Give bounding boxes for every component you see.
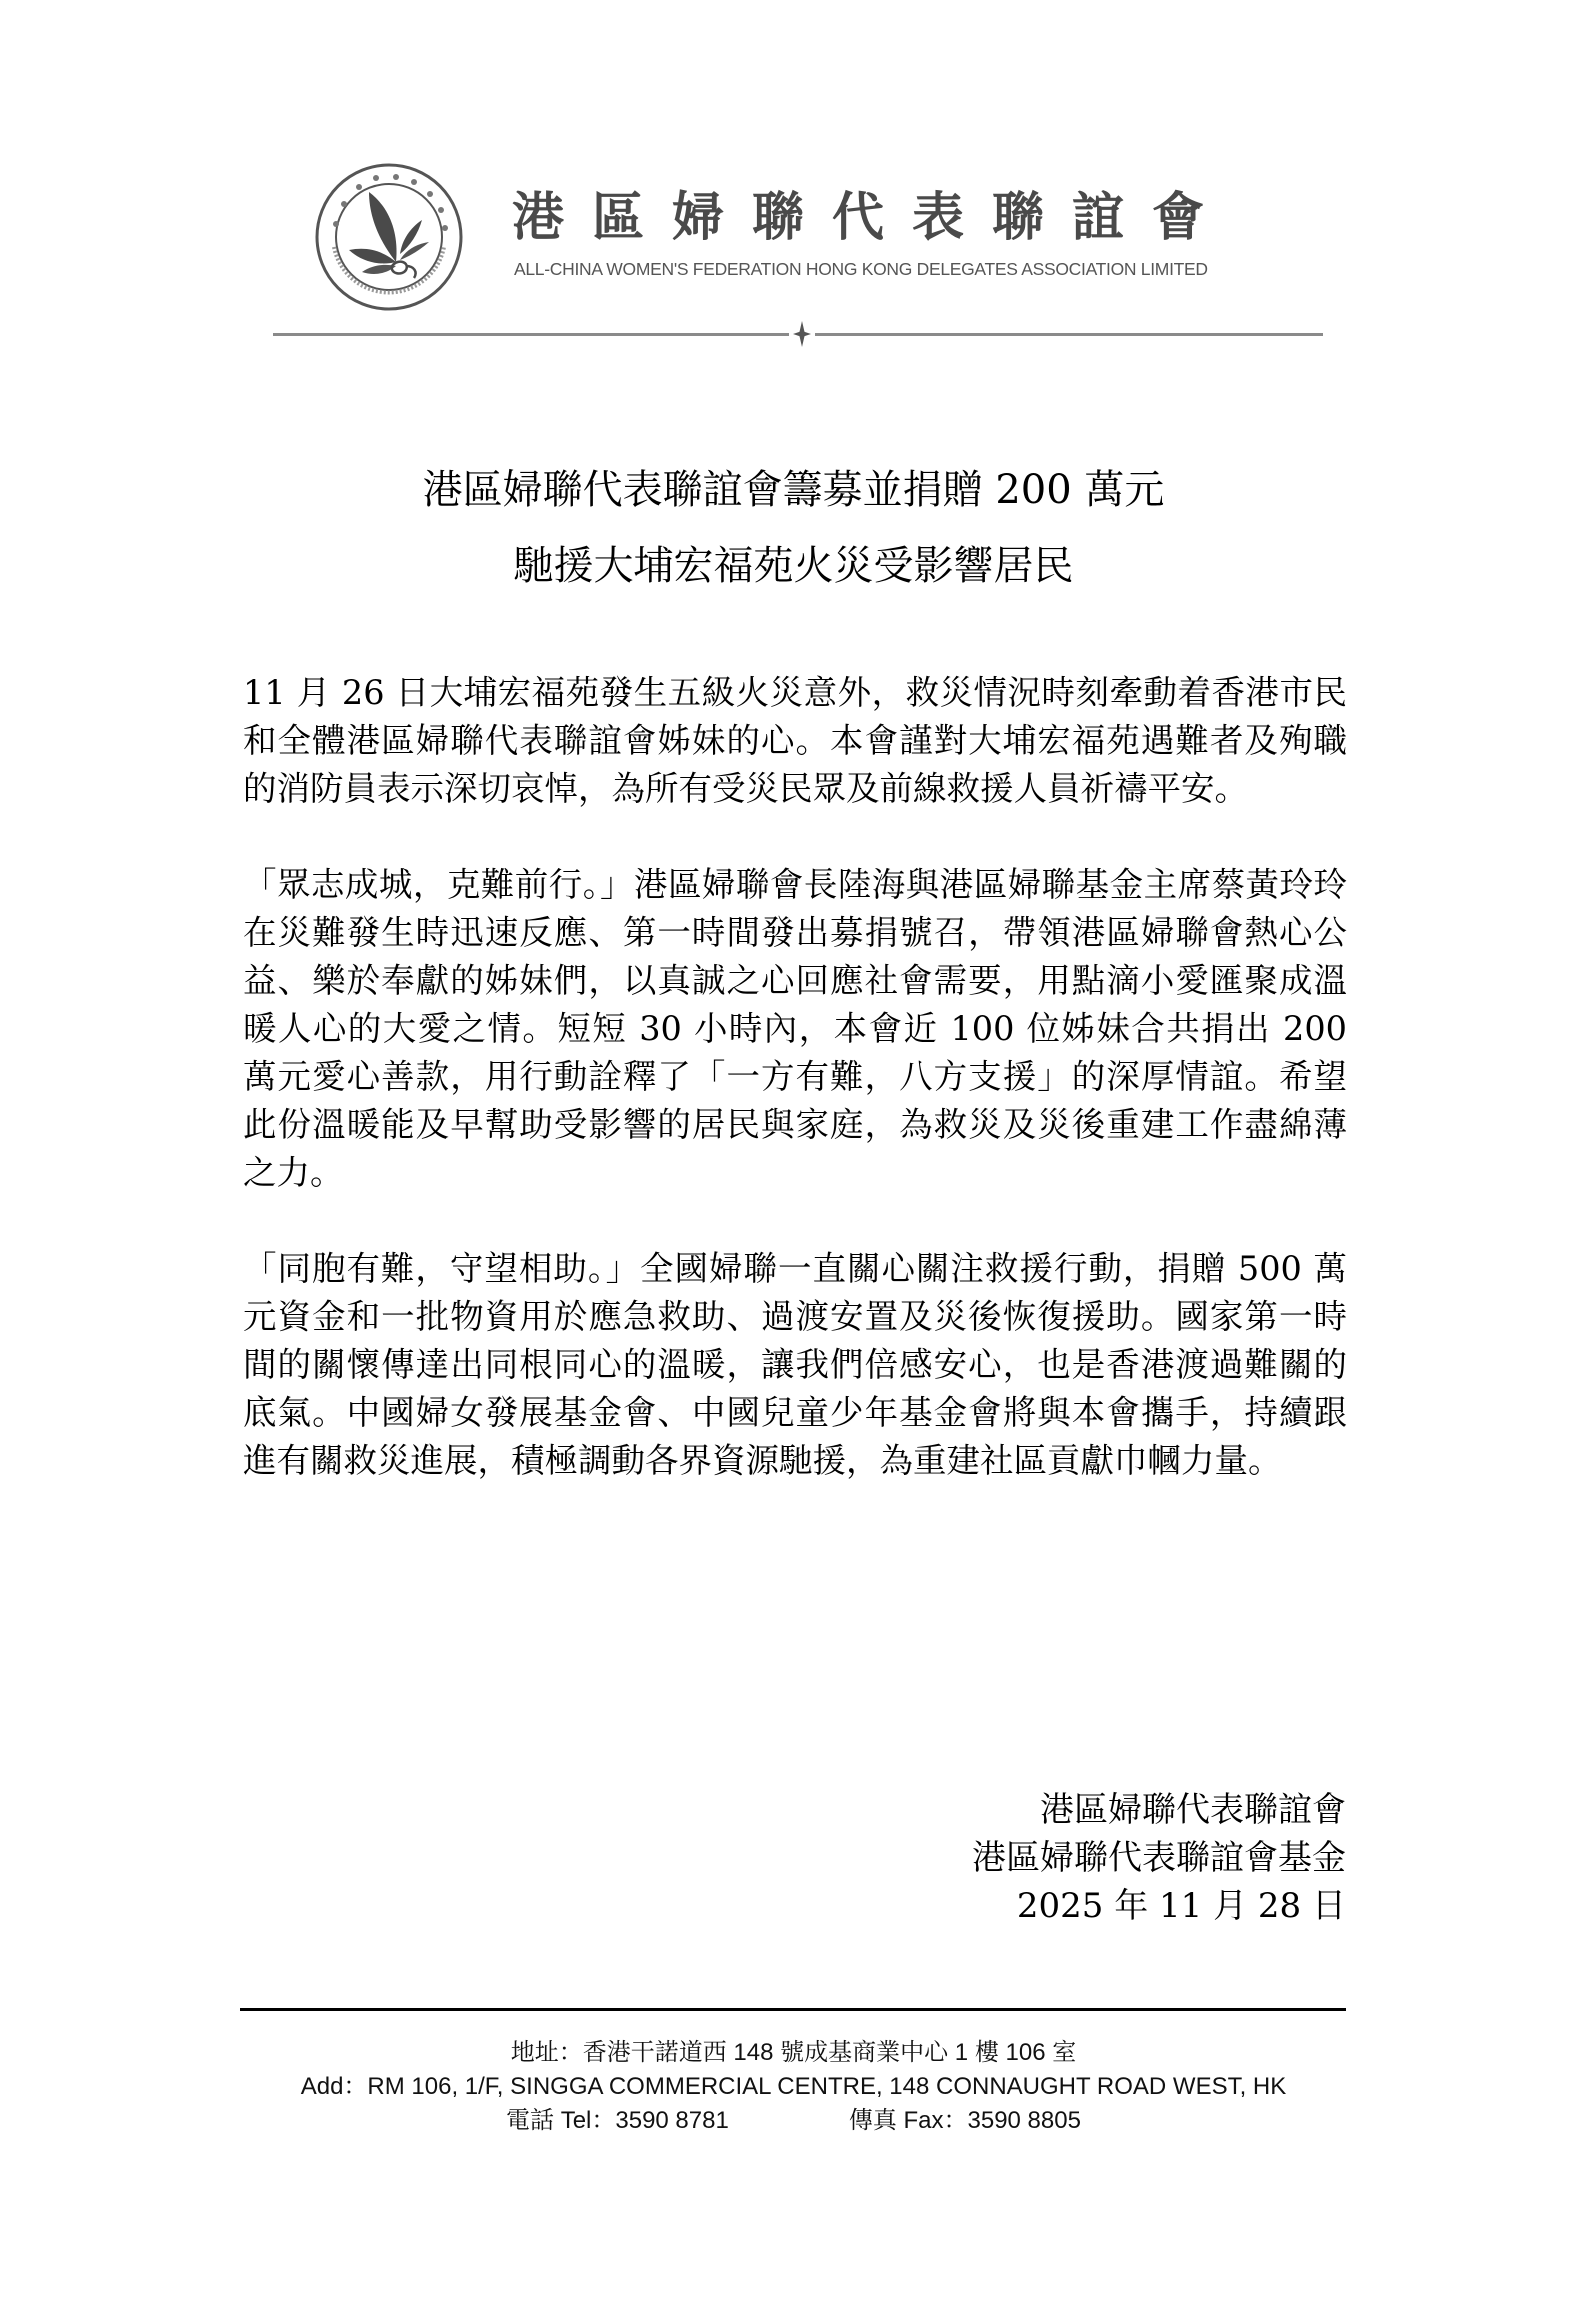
org-name-english: ALL-CHINA WOMEN'S FEDERATION HONG KONG D… xyxy=(514,258,1254,280)
signature-org-2: 港區婦聯代表聯誼會基金 xyxy=(800,1834,1346,1882)
header-divider xyxy=(273,330,1323,338)
footer-address-chinese: 地址：香港干諾道西 148 號成基商業中心 1 樓 106 室 xyxy=(0,2036,1587,2070)
letterhead: 港區婦聯代表聯誼會 ALL-CHINA WOMEN'S FEDERATION H… xyxy=(0,0,1587,360)
footer-rule xyxy=(240,2008,1346,2011)
title-line-2: 馳援大埔宏福苑火災受影響居民 xyxy=(0,528,1587,604)
signature-block: 港區婦聯代表聯誼會 港區婦聯代表聯誼會基金 2025 年 11 月 28 日 xyxy=(800,1786,1346,1930)
press-release-title: 港區婦聯代表聯誼會籌募並捐贈 200 萬元 馳援大埔宏福苑火災受影響居民 xyxy=(0,452,1587,604)
org-name-chinese: 港區婦聯代表聯誼會 xyxy=(512,186,1252,250)
footer-phone-fax: 電話 Tel：3590 8781傳真 Fax：3590 8805 xyxy=(0,2104,1587,2138)
body-paragraph: 11 月 26 日大埔宏福苑發生五級火災意外，救災情況時刻牽動着香港市民和全體港… xyxy=(243,669,1347,813)
footer-fax: 傳真 Fax：3590 8805 xyxy=(849,2107,1081,2134)
divider-line-right xyxy=(815,333,1323,336)
signature-date: 2025 年 11 月 28 日 xyxy=(800,1882,1346,1930)
leaf-emblem-seal-icon xyxy=(314,162,464,312)
footer-contact: 地址：香港干諾道西 148 號成基商業中心 1 樓 106 室 Add：RM 1… xyxy=(0,2036,1587,2138)
footer-address-english: Add：RM 106, 1/F, SINGGA COMMERCIAL CENTR… xyxy=(0,2070,1587,2104)
body-paragraph: 「眾志成城，克難前行。」港區婦聯會長陸海與港區婦聯基金主席蔡黃玲玲在災難發生時迅… xyxy=(243,861,1347,1197)
title-line-1: 港區婦聯代表聯誼會籌募並捐贈 200 萬元 xyxy=(0,452,1587,528)
press-release-body: 11 月 26 日大埔宏福苑發生五級火災意外，救災情況時刻牽動着香港市民和全體港… xyxy=(243,669,1347,1533)
diamond-ornament-icon xyxy=(793,321,811,347)
footer-tel: 電話 Tel：3590 8781 xyxy=(506,2107,729,2134)
body-paragraph: 「同胞有難，守望相助。」全國婦聯一直關心關注救援行動，捐贈 500 萬元資金和一… xyxy=(243,1245,1347,1485)
signature-org-1: 港區婦聯代表聯誼會 xyxy=(800,1786,1346,1834)
divider-line-left xyxy=(273,333,789,336)
